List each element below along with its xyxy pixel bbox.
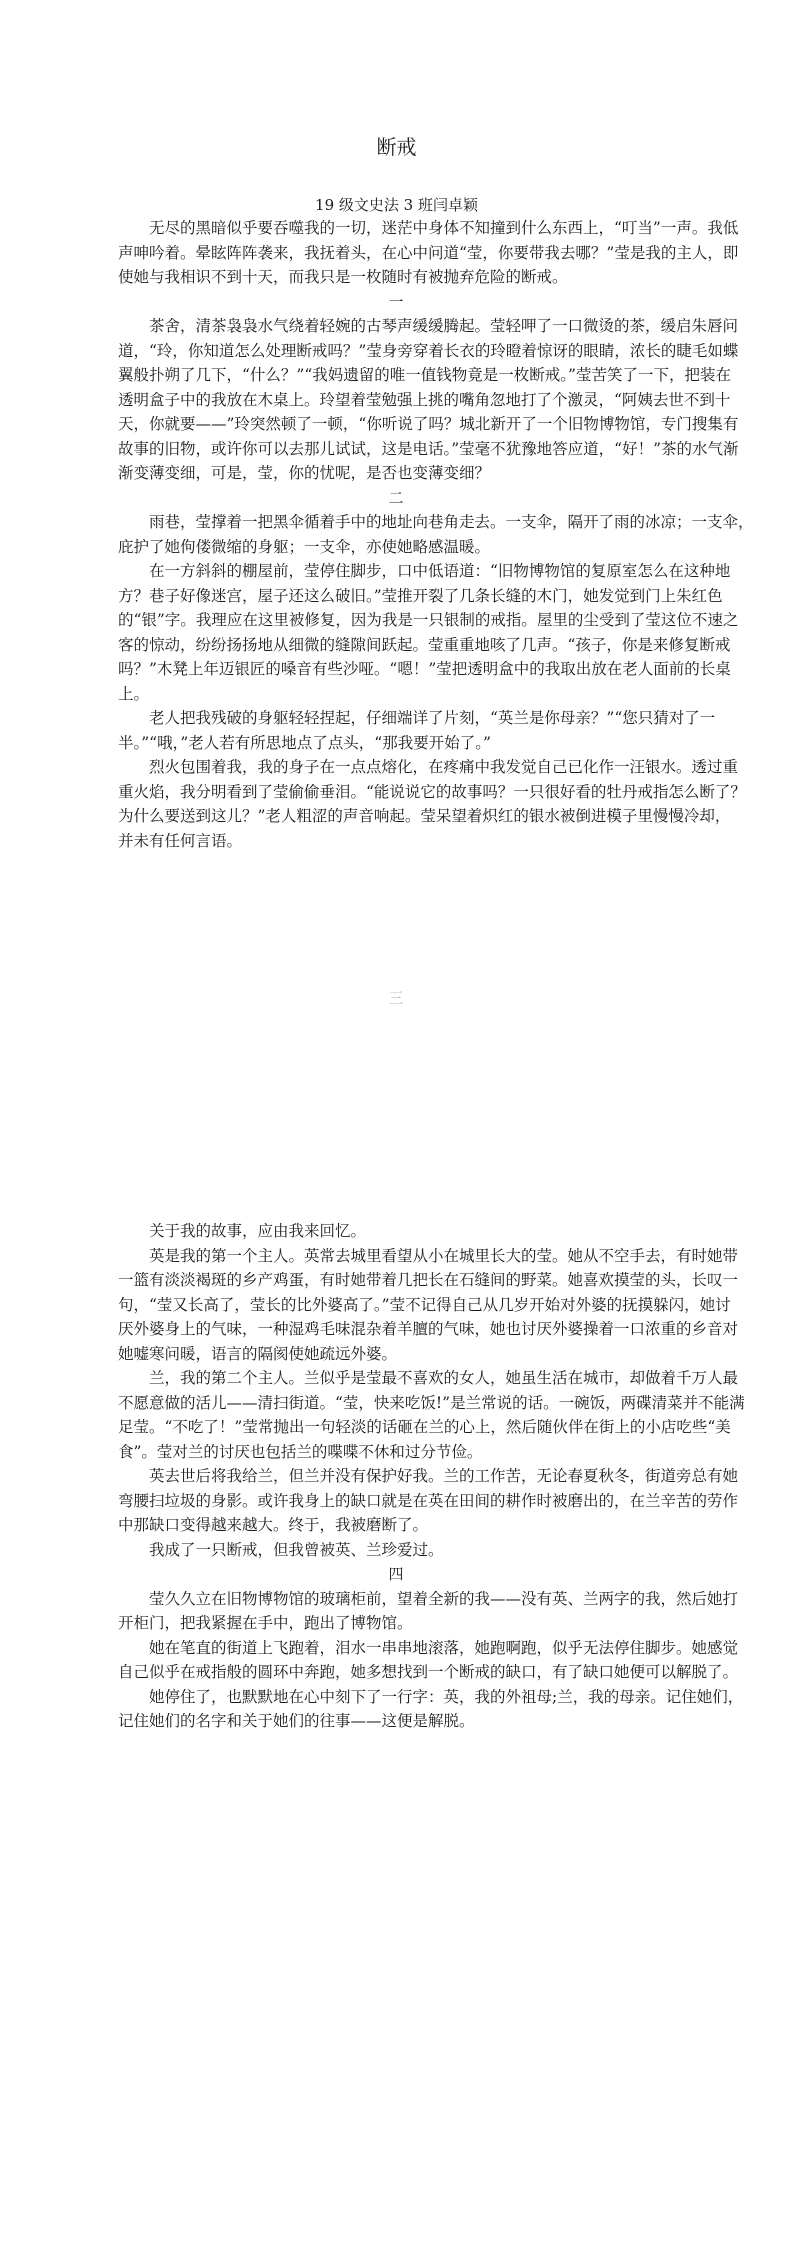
text-line: 透明盒子中的我放在木桌上。玲望着莹勉强上挑的嘴角忽地打了个激灵，“阿姨去世不到十 [118, 388, 674, 413]
text-line: 使她与我相识不到十天，而我只是一枚随时有被抛弃危险的断戒。 [118, 265, 674, 290]
text-line: 渐变薄变细，可是，莹，你的忧呢，是否也变薄变细？ [118, 461, 674, 486]
paragraph-s4-p1: 莹久久立在旧物博物馆的玻璃柜前，望着全新的我——没有英、兰两字的我，然后她打 开… [118, 1587, 674, 1636]
text-line: 莹久久立在旧物博物馆的玻璃柜前，望着全新的我——没有英、兰两字的我，然后她打 [118, 1587, 674, 1612]
text-line: 故事的旧物，或许你可以去那儿试试，这是电话。”莹毫不犹豫地答应道，“好！”茶的水… [118, 437, 674, 462]
section-heading-4: 四 [118, 1562, 674, 1587]
text-line: 道，“玲，你知道怎么处理断戒吗？”莹身旁穿着长衣的玲瞪着惊讶的眼睛，浓长的睫毛如… [118, 339, 674, 364]
text-line: 在一方斜斜的棚屋前，莹停住脚步，口中低语道：“旧物博物馆的复原室怎么在这种地 [118, 559, 674, 584]
paragraph-s4-p2: 她在笔直的街道上飞跑着，泪水一串串地滚落，她跑啊跑，似乎无法停住脚步。她感觉 自… [118, 1636, 674, 1685]
paragraph-s2-p2: 在一方斜斜的棚屋前，莹停住脚步，口中低语道：“旧物博物馆的复原室怎么在这种地 方… [118, 559, 674, 706]
text-line: 关于我的故事，应由我来回忆。 [118, 1219, 674, 1244]
text-line: 半。”“哦，”老人若有所思地点了点头，“那我要开始了。” [118, 731, 674, 756]
text-line: 足莹。“不吃了！”莹常抛出一句轻淡的话砸在兰的心上，然后随伙伴在街上的小店吃些“… [118, 1415, 674, 1440]
text-line: 庇护了她佝偻微缩的身躯；一支伞，亦使她略感温暖。 [118, 535, 674, 560]
text-line: 她在笔直的街道上飞跑着，泪水一串串地滚落，她跑啊跑，似乎无法停住脚步。她感觉 [118, 1636, 674, 1661]
text-line: 吗？”木凳上年迈银匠的嗓音有些沙哑。“嗯！”莹把透明盒中的我取出放在老人面前的长… [118, 657, 674, 682]
paragraph-s3-p4: 英去世后将我给兰，但兰并没有保护好我。兰的工作苦，无论春夏秋冬，街道旁总有她 弯… [118, 1464, 674, 1538]
text-line: 的“银”字。我理应在这里被修复，因为我是一只银制的戒指。屋里的尘受到了莹这位不速… [118, 608, 674, 633]
text-line: 雨巷，莹撑着一把黑伞循着手中的地址向巷角走去。一支伞，隔开了雨的冰凉；一支伞， [118, 510, 674, 535]
paragraph-s3-p2: 英是我的第一个主人。英常去城里看望从小在城里长大的莹。她从不空手去，有时她带 一… [118, 1244, 674, 1367]
paragraph-s3-p5: 我成了一只断戒，但我曾被英、兰珍爱过。 [118, 1538, 674, 1563]
text-line: 重火焰，我分明看到了莹偷偷垂泪。“能说说它的故事吗？一只很好看的牡丹戒指怎么断了… [118, 780, 674, 805]
paragraph-s2-p1: 雨巷，莹撑着一把黑伞循着手中的地址向巷角走去。一支伞，隔开了雨的冰凉；一支伞， … [118, 510, 674, 559]
text-line: 记住她们的名字和关于她们的往事——这便是解脱。 [118, 1709, 674, 1734]
text-line: 为什么要送到这儿？”老人粗涩的声音响起。莹呆望着炽红的银水被倒进模子里慢慢冷却， [118, 804, 674, 829]
text-line: 兰，我的第二个主人。兰似乎是莹最不喜欢的女人，她虽生活在城市，却做着千万人最 [118, 1366, 674, 1391]
text-line: 开柜门，把我紧握在手中，跑出了博物馆。 [118, 1611, 674, 1636]
text-line: 客的惊动，纷纷扬扬地从细微的缝隙间跃起。莹重重地咳了几声。“孩子，你是来修复断戒 [118, 633, 674, 658]
text-line: 天，你就要——”玲突然顿了一顿，“你听说了吗？城北新开了一个旧物博物馆，专门搜集… [118, 412, 674, 437]
text-line: 句，“莹又长高了，莹长的比外婆高了。”莹不记得自己从几岁开始对外婆的抚摸躲闪，她… [118, 1293, 674, 1318]
text-line: 声呻吟着。晕眩阵阵袭来，我抚着头，在心中问道“莹，你要带我去哪？”莹是我的主人，… [118, 241, 674, 266]
text-line: 中那缺口变得越来越大。终于，我被磨断了。 [118, 1513, 674, 1538]
section-heading-1: 一 [118, 290, 674, 315]
text-line: 茶舍，清茶袅袅水气绕着轻婉的古琴声缓缓腾起。莹轻呷了一口微烫的茶，缓启朱唇问 [118, 314, 674, 339]
section-3-heading-block: 三 [118, 986, 674, 1011]
document-page: 断戒 19 级文史法 3 班闫卓颖 无尽的黑暗似乎要吞噬我的一切，迷茫中身体不知… [0, 0, 793, 2244]
text-line: 英去世后将我给兰，但兰并没有保护好我。兰的工作苦，无论春夏秋冬，街道旁总有她 [118, 1464, 674, 1489]
text-block-main: 无尽的黑暗似乎要吞噬我的一切，迷茫中身体不知撞到什么东西上，“叮当”一声。我低 … [118, 216, 674, 853]
text-line: 不愿意做的活儿——清扫街道。“莹，快来吃饭!”是兰常说的话。一碗饭，两碟清菜并不… [118, 1391, 674, 1416]
section-heading-3: 三 [118, 986, 674, 1011]
text-block-lower: 关于我的故事，应由我来回忆。 英是我的第一个主人。英常去城里看望从小在城里长大的… [118, 1219, 674, 1734]
text-line: 方？巷子好像迷宫，屋子还这么破旧。”莹推开裂了几条长缝的木门，她发觉到门上朱红色 [118, 584, 674, 609]
paragraph-s2-p3: 老人把我残破的身躯轻轻捏起，仔细端详了片刻，“英兰是你母亲？”“您只猜对了一 半… [118, 706, 674, 755]
text-line: 烈火包围着我，我的身子在一点点熔化，在疼痛中我发觉自己已化作一汪银水。透过重 [118, 755, 674, 780]
text-line: 英是我的第一个主人。英常去城里看望从小在城里长大的莹。她从不空手去，有时她带 [118, 1244, 674, 1269]
text-line: 厌外婆身上的气味，一种湿鸡毛味混杂着羊膻的气味，她也讨厌外婆操着一口浓重的乡音对 [118, 1317, 674, 1342]
paragraph-intro: 无尽的黑暗似乎要吞噬我的一切，迷茫中身体不知撞到什么东西上，“叮当”一声。我低 … [118, 216, 674, 290]
paragraph-s3-p3: 兰，我的第二个主人。兰似乎是莹最不喜欢的女人，她虽生活在城市，却做着千万人最 不… [118, 1366, 674, 1464]
text-line: 一篮有淡淡褐斑的乡产鸡蛋，有时她带着几把长在石缝间的野菜。她喜欢摸莹的头，长叹一 [118, 1268, 674, 1293]
text-line: 她嘘寒问暖，语言的隔阂使她疏远外婆。 [118, 1342, 674, 1367]
text-line: 翼般扑朔了几下，“什么？”“我妈遗留的唯一值钱物竟是一枚断戒。”莹苦笑了一下，把… [118, 363, 674, 388]
document-title: 断戒 [0, 133, 793, 161]
text-line: 老人把我残破的身躯轻轻捏起，仔细端详了片刻，“英兰是你母亲？”“您只猜对了一 [118, 706, 674, 731]
paragraph-s3-p1: 关于我的故事，应由我来回忆。 [118, 1219, 674, 1244]
text-line: 食”。莹对兰的讨厌也包括兰的喋喋不休和过分节俭。 [118, 1440, 674, 1465]
paragraph-s2-p4: 烈火包围着我，我的身子在一点点熔化，在疼痛中我发觉自己已化作一汪银水。透过重 重… [118, 755, 674, 853]
text-line: 无尽的黑暗似乎要吞噬我的一切，迷茫中身体不知撞到什么东西上，“叮当”一声。我低 [118, 216, 674, 241]
paragraph-s1-p1: 茶舍，清茶袅袅水气绕着轻婉的古琴声缓缓腾起。莹轻呷了一口微烫的茶，缓启朱唇问 道… [118, 314, 674, 486]
text-line: 我成了一只断戒，但我曾被英、兰珍爱过。 [118, 1538, 674, 1563]
text-line: 她停住了，也默默地在心中刻下了一行字：英，我的外祖母;兰，我的母亲。记住她们， [118, 1685, 674, 1710]
text-line: 并未有任何言语。 [118, 829, 674, 854]
paragraph-s4-p3: 她停住了，也默默地在心中刻下了一行字：英，我的外祖母;兰，我的母亲。记住她们， … [118, 1685, 674, 1734]
author-line: 19 级文史法 3 班闫卓颖 [0, 194, 793, 216]
text-line: 上。 [118, 682, 674, 707]
section-heading-2: 二 [118, 486, 674, 511]
text-line: 弯腰扫垃圾的身影。或许我身上的缺口就是在英在田间的耕作时被磨出的，在兰辛苦的劳作 [118, 1489, 674, 1514]
text-line: 自己似乎在戒指般的圆环中奔跑，她多想找到一个断戒的缺口，有了缺口她便可以解脱了。 [118, 1660, 674, 1685]
